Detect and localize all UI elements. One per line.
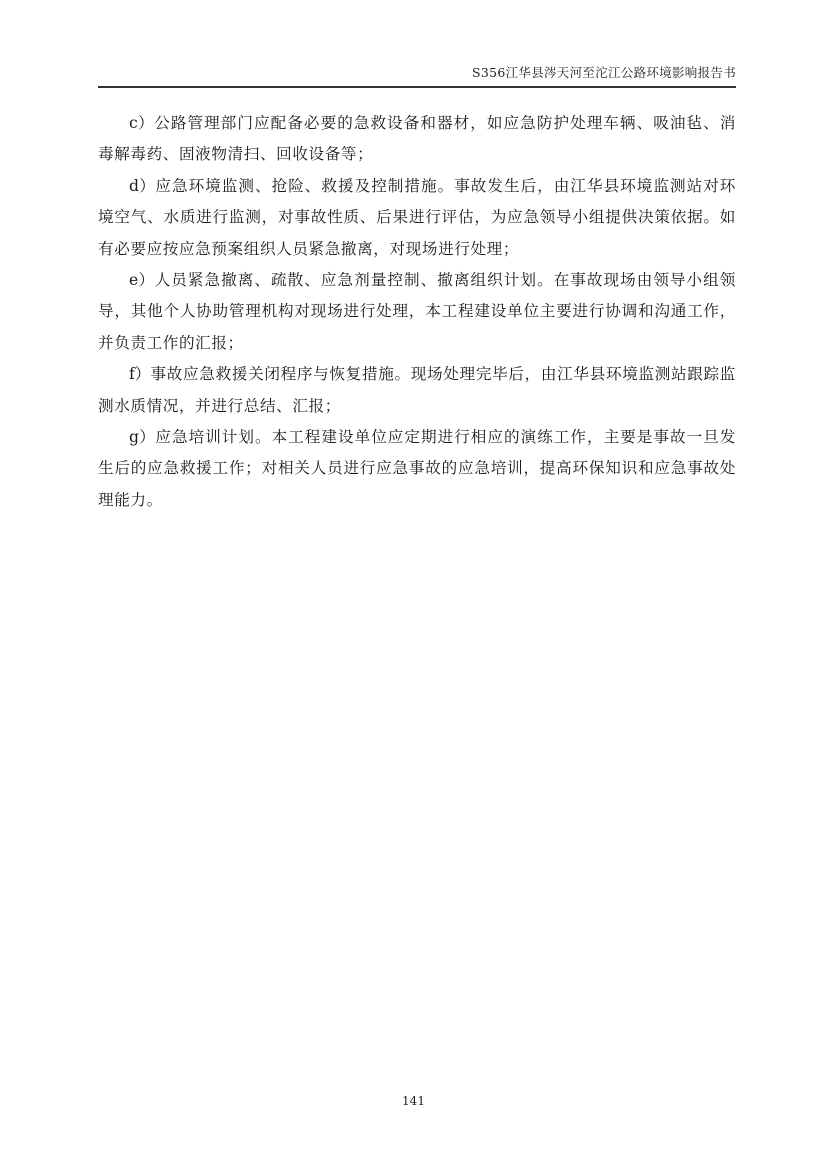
document-body: c）公路管理部门应配备必要的急救设备和器材，如应急防护处理车辆、吸油毡、消毒解毒… [98, 108, 736, 516]
paragraph-e: e）人员紧急撤离、疏散、应急剂量控制、撤离组织计划。在事故现场由领导小组领导，其… [98, 265, 736, 359]
paragraph-g: g）应急培训计划。本工程建设单位应定期进行相应的演练工作，主要是事故一旦发生后的… [98, 422, 736, 516]
paragraph-d: d）应急环境监测、抢险、救援及控制措施。事故发生后，由江华县环境监测站对环境空气… [98, 171, 736, 265]
item-label: f） [129, 365, 151, 383]
paragraph-text: 人员紧急撤离、疏散、应急剂量控制、撤离组织计划。在事故现场由领导小组领导，其他个… [98, 271, 736, 352]
item-label: e） [129, 271, 155, 289]
item-label: c） [129, 114, 154, 132]
item-label: d） [129, 177, 155, 195]
running-header: S356江华县涔天河至沱江公路环境影响报告书 [98, 64, 736, 82]
page-number: 141 [0, 1094, 827, 1108]
paragraph-c: c）公路管理部门应配备必要的急救设备和器材，如应急防护处理车辆、吸油毡、消毒解毒… [98, 108, 736, 171]
item-label: g） [129, 428, 155, 446]
paragraph-text: 事故应急救援关闭程序与恢复措施。现场处理完毕后，由江华县环境监测站跟踪监测水质情… [98, 365, 736, 414]
paragraph-f: f）事故应急救援关闭程序与恢复措施。现场处理完毕后，由江华县环境监测站跟踪监测水… [98, 359, 736, 422]
paragraph-text: 应急培训计划。本工程建设单位应定期进行相应的演练工作，主要是事故一旦发生后的应急… [98, 428, 736, 509]
paragraph-text: 公路管理部门应配备必要的急救设备和器材，如应急防护处理车辆、吸油毡、消毒解毒药、… [98, 114, 736, 163]
header-divider [98, 86, 736, 88]
paragraph-text: 应急环境监测、抢险、救援及控制措施。事故发生后，由江华县环境监测站对环境空气、水… [98, 177, 736, 258]
